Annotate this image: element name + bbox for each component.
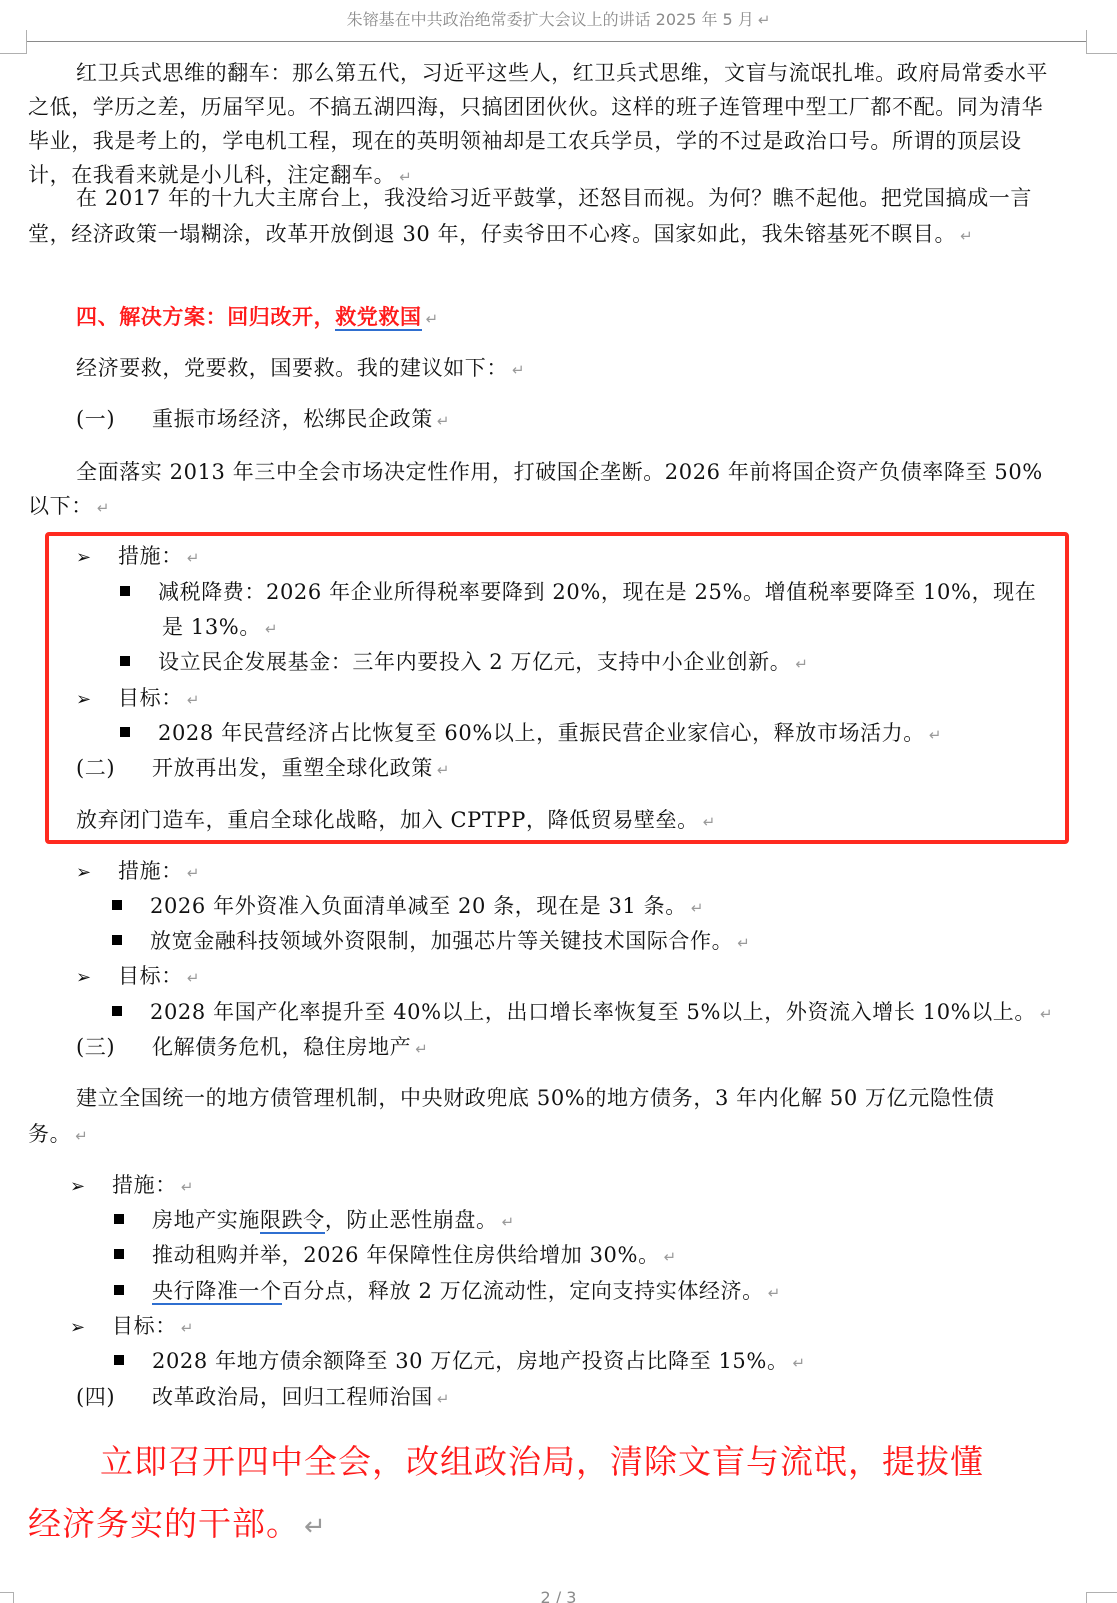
goals-label: ➢目标：↵ xyxy=(70,1311,194,1343)
part1-body: 全面落实 2013 年三中全会市场决定性作用，打破国企垄断。2026 年前将国企… xyxy=(28,455,1048,525)
label-text: 措施： xyxy=(118,544,183,568)
square-bullet-icon xyxy=(112,1006,122,1016)
paragraph-mark-icon: ↵ xyxy=(795,655,808,673)
paragraph-mark-icon: ↵ xyxy=(187,864,200,882)
label-text: 目标： xyxy=(112,1314,177,1338)
part2-body: 放弃闭门造车，重启全球化战略，加入 CPTPP，降低贸易壁垒。↵ xyxy=(76,805,716,837)
closing-line-1: 立即召开四中全会，改组政治局，清除文盲与流氓，提拔懂 xyxy=(100,1440,984,1484)
paragraph-mark-icon: ↵ xyxy=(691,899,704,917)
list-item: 央行降准一个百分点，释放 2 万亿流动性，定向支持实体经济。↵ xyxy=(114,1276,781,1308)
list-item: 2026 年外资准入负面清单减至 20 条，现在是 31 条。↵ xyxy=(112,891,704,923)
paragraph-mark-icon: ↵ xyxy=(181,1178,194,1196)
arrow-bullet-icon: ➢ xyxy=(76,685,118,715)
paragraph-mark-icon: ↵ xyxy=(512,361,525,379)
part-number: (四) xyxy=(76,1382,152,1412)
measures-label: ➢措施：↵ xyxy=(70,1170,194,1202)
paragraph-mark-icon: ↵ xyxy=(960,227,973,245)
square-bullet-icon xyxy=(120,586,130,596)
arrow-bullet-icon: ➢ xyxy=(70,1172,112,1202)
part-number: (二) xyxy=(76,753,152,783)
part-title: 开放再出发，重塑全球化政策 xyxy=(152,756,433,780)
paragraph-mark-icon: ↵ xyxy=(737,934,750,952)
item-text: 2028 年民营经济占比恢复至 60%以上，重振民营企业家信心，释放市场活力。 xyxy=(158,721,925,745)
page-number: 2 / 3 xyxy=(0,1588,1117,1603)
list-item: 2028 年国产化率提升至 40%以上，出口增长率恢复至 5%以上，外资流入增长… xyxy=(112,997,1053,1029)
part-number: (三) xyxy=(76,1032,152,1062)
label-text: 目标： xyxy=(118,686,183,710)
paragraph-mark-icon: ↵ xyxy=(415,1040,428,1058)
paragraph-mark-icon: ↵ xyxy=(426,310,439,328)
body-text: 务。 xyxy=(28,1122,71,1146)
paragraph-mark-icon: ↵ xyxy=(181,1319,194,1337)
part3-body-line1: 建立全国统一的地方债管理机制，中央财政兜底 50%的地方债务，3 年内化解 50… xyxy=(76,1083,995,1113)
crop-mark xyxy=(26,30,27,54)
heading-underlined-text: 救党救国 xyxy=(335,304,421,331)
list-item: 房地产实施限跌令，防止恶性崩盘。↵ xyxy=(114,1205,515,1237)
item-text: 推动租购并举，2026 年保障性住房供给增加 30%。 xyxy=(152,1243,660,1267)
part4-heading: (四)改革政治局，回归工程师治国↵ xyxy=(76,1382,450,1414)
measures-label: ➢措施：↵ xyxy=(76,856,200,888)
square-bullet-icon xyxy=(114,1214,124,1224)
list-item: 2028 年民营经济占比恢复至 60%以上，重振民营企业家信心，释放市场活力。↵ xyxy=(120,718,942,750)
item-text: 2028 年地方债余额降至 30 万亿元，房地产投资占比降至 15%。 xyxy=(152,1349,789,1373)
section-intro: 经济要救，党要救，国要救。我的建议如下：↵ xyxy=(76,353,525,385)
item-text: 设立民企发展基金：三年内要投入 2 万亿元，支持中小企业创新。 xyxy=(158,650,791,674)
arrow-bullet-icon: ➢ xyxy=(70,1313,112,1343)
item-underlined-text: 限跌令 xyxy=(260,1208,325,1234)
paragraph-mark-icon: ↵ xyxy=(437,412,450,430)
paragraph-mark-icon: ↵ xyxy=(929,726,942,744)
label-text: 措施： xyxy=(112,1173,177,1197)
part-title: 化解债务危机，稳住房地产 xyxy=(152,1035,411,1059)
label-text: 目标： xyxy=(118,964,183,988)
paragraph-mark-icon: ↵ xyxy=(304,1512,327,1542)
part-number: (一) xyxy=(76,404,152,434)
paragraph-1: 红卫兵式思维的翻车：那么第五代，习近平这些人，红卫兵式思维，文盲与流氓扎堆。政府… xyxy=(28,56,1048,194)
list-item: 推动租购并举，2026 年保障性住房供给增加 30%。↵ xyxy=(114,1240,677,1272)
list-item: 放宽金融科技领域外资限制，加强芯片等关键技术国际合作。↵ xyxy=(112,926,750,958)
paragraph-mark-icon: ↵ xyxy=(187,691,200,709)
list-item: 设立民企发展基金：三年内要投入 2 万亿元，支持中小企业创新。↵ xyxy=(120,647,808,679)
item-text: 百分点，释放 2 万亿流动性，定向支持实体经济。 xyxy=(282,1279,764,1303)
closing-line-2: 经济务实的干部。↵ xyxy=(28,1502,327,1549)
arrow-bullet-icon: ➢ xyxy=(76,963,118,993)
square-bullet-icon xyxy=(114,1249,124,1259)
square-bullet-icon xyxy=(112,935,122,945)
header-title: 朱镕基在中共政治绝常委扩大会议上的讲话 2025 年 5 月 xyxy=(347,10,754,29)
body-text: 建立全国统一的地方债管理机制，中央财政兜底 50%的地方债务，3 年内化解 50… xyxy=(76,1086,995,1110)
part1-heading: (一)重振市场经济，松绑民企政策↵ xyxy=(76,404,450,436)
paragraph-mark-icon: ↵ xyxy=(187,969,200,987)
part2-heading: (二)开放再出发，重塑全球化政策↵ xyxy=(76,753,450,785)
arrow-bullet-icon: ➢ xyxy=(76,858,118,888)
page-number-text: 2 / 3 xyxy=(541,1588,577,1603)
square-bullet-icon xyxy=(114,1285,124,1295)
paragraph-mark-icon: ↵ xyxy=(502,1213,515,1231)
part-title: 改革政治局，回归工程师治国 xyxy=(152,1385,433,1409)
paragraph-mark-icon: ↵ xyxy=(1040,1005,1053,1023)
section-heading: 四、解决方案：回归改开，救党救国↵ xyxy=(76,302,439,334)
square-bullet-icon xyxy=(112,900,122,910)
paragraph-mark-icon: ↵ xyxy=(75,1127,88,1145)
list-item-continuation: 是 13%。↵ xyxy=(162,612,278,644)
crop-mark xyxy=(1086,53,1117,54)
paragraph-mark-icon: ↵ xyxy=(265,620,278,638)
paragraph-2: 在 2017 年的十九大主席台上，我没给习近平鼓掌，还怒目而视。为何？瞧不起他。… xyxy=(28,180,1048,254)
list-item: 减税降费：2026 年企业所得税率要降到 20%，现在是 25%。增值税率要降至… xyxy=(120,577,1036,607)
paragraph-mark-icon: ↵ xyxy=(664,1248,677,1266)
paragraph-mark-icon: ↵ xyxy=(703,813,716,831)
paragraph-mark-icon: ↵ xyxy=(793,1354,806,1372)
closing-text: 立即召开四中全会，改组政治局，清除文盲与流氓，提拔懂 xyxy=(100,1442,984,1481)
square-bullet-icon xyxy=(114,1355,124,1365)
heading-text: 四、解决方案：回归改开， xyxy=(76,304,335,329)
body-text: 放弃闭门造车，重启全球化战略，加入 CPTPP，降低贸易壁垒。 xyxy=(76,808,699,832)
square-bullet-icon xyxy=(120,656,130,666)
paragraph-mark-icon: ↵ xyxy=(758,11,771,29)
body-text: 全面落实 2013 年三中全会市场决定性作用，打破国企垄断。2026 年前将国企… xyxy=(28,460,1043,518)
paragraph-mark-icon: ↵ xyxy=(97,499,110,517)
paragraph-mark-icon: ↵ xyxy=(187,549,200,567)
item-text: 是 13%。 xyxy=(162,615,261,639)
paragraph-mark-icon: ↵ xyxy=(768,1284,781,1302)
paragraph-mark-icon: ↵ xyxy=(437,1390,450,1408)
item-text: 减税降费：2026 年企业所得税率要降到 20%，现在是 25%。增值税率要降至… xyxy=(158,580,1036,604)
part-title: 重振市场经济，松绑民企政策 xyxy=(152,407,433,431)
part3-heading: (三)化解债务危机，稳住房地产↵ xyxy=(76,1032,428,1064)
item-text: 2028 年国产化率提升至 40%以上，出口增长率恢复至 5%以上，外资流入增长… xyxy=(150,1000,1036,1024)
header-rule xyxy=(26,41,1087,42)
part3-body-line2: 务。↵ xyxy=(28,1119,88,1151)
crop-mark xyxy=(1086,30,1087,54)
paragraph-mark-icon: ↵ xyxy=(437,761,450,779)
crop-mark xyxy=(0,53,27,54)
paragraph-text: 在 2017 年的十九大主席台上，我没给习近平鼓掌，还怒目而视。为何？瞧不起他。… xyxy=(28,186,1032,246)
closing-text: 经济务实的干部。 xyxy=(28,1504,300,1543)
item-text: 房地产实施 xyxy=(152,1208,260,1232)
arrow-bullet-icon: ➢ xyxy=(76,543,118,573)
item-text: 2026 年外资准入负面清单减至 20 条，现在是 31 条。 xyxy=(150,894,687,918)
item-text: 放宽金融科技领域外资限制，加强芯片等关键技术国际合作。 xyxy=(150,929,733,953)
measures-label: ➢措施：↵ xyxy=(76,541,200,573)
list-item: 2028 年地方债余额降至 30 万亿元，房地产投资占比降至 15%。↵ xyxy=(114,1346,806,1378)
intro-text: 经济要救，党要救，国要救。我的建议如下： xyxy=(76,356,508,380)
paragraph-text: 红卫兵式思维的翻车：那么第五代，习近平这些人，红卫兵式思维，文盲与流氓扎堆。政府… xyxy=(28,61,1048,187)
goals-label: ➢目标：↵ xyxy=(76,961,200,993)
item-text: ，防止恶性崩盘。 xyxy=(325,1208,498,1232)
square-bullet-icon xyxy=(120,727,130,737)
goals-label: ➢目标：↵ xyxy=(76,683,200,715)
page-header: 朱镕基在中共政治绝常委扩大会议上的讲话 2025 年 5 月↵ xyxy=(0,0,1117,42)
label-text: 措施： xyxy=(118,859,183,883)
item-underlined-text: 央行降准一个 xyxy=(152,1279,282,1305)
